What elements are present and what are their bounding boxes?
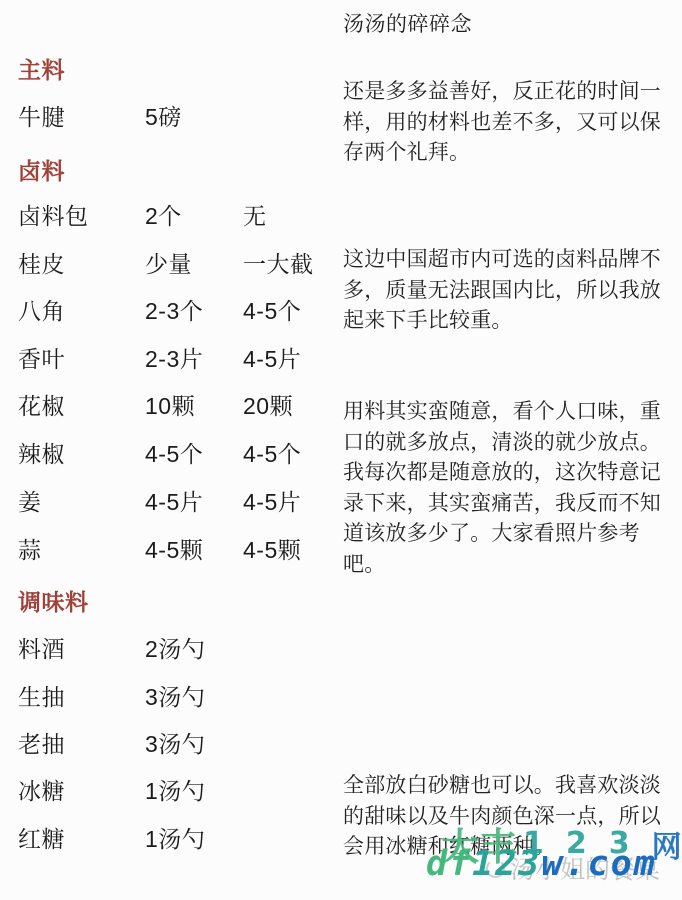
watermark-line2-prefix: df <box>426 844 472 884</box>
ingredient-name: 老抽 <box>18 726 65 759</box>
ingredient-name: 桂皮 <box>18 246 65 279</box>
ingredient-name: 蒜 <box>18 532 42 565</box>
table-row-star-anise: 八角2-3个4-5个 <box>0 293 345 325</box>
ingredient-name: 香叶 <box>18 341 65 374</box>
table-row-cooking-wine: 料酒2汤勺 <box>0 631 345 663</box>
ingredient-name: 红糖 <box>18 821 65 854</box>
ingredient-name: 牛腱 <box>18 99 65 132</box>
ingredient-qty2: 无 <box>243 198 267 231</box>
ingredient-qty1: 5磅 <box>145 99 182 132</box>
ingredient-qty1: 2-3片 <box>145 341 203 374</box>
recipe-page: 主料 牛腱5磅 卤料 卤料包2个无 桂皮少量一大截 八角2-3个4-5个 香叶2… <box>0 0 682 900</box>
notes-column-title: 汤汤的碎碎念 <box>343 8 472 38</box>
ingredient-name: 生抽 <box>18 679 65 712</box>
table-row-spice-pack: 卤料包2个无 <box>0 198 345 230</box>
table-row-dark-soy: 老抽3汤勺 <box>0 726 345 758</box>
ingredient-qty1: 2-3个 <box>145 293 203 326</box>
ingredient-qty1: 1汤勺 <box>145 821 205 854</box>
section-header-main: 主料 <box>0 52 345 84</box>
table-row-light-soy: 生抽3汤勺 <box>0 679 345 711</box>
table-row-beef-shank: 牛腱5磅 <box>0 99 345 131</box>
section-header-seasoning: 调味料 <box>0 584 345 616</box>
note-paragraph-braising: 这边中国超市内可选的卤料品牌不多，质量无法跟国内比，所以我放起来下手比较重。 <box>343 245 680 337</box>
note-paragraph-amounts: 用料其实蛮随意，看个人口味，重口的就多放点，清淡的就少放点。我每次都是随意放的，… <box>343 397 680 580</box>
table-row-ginger: 姜4-5片4-5片 <box>0 484 345 516</box>
ingredient-name: 八角 <box>18 293 65 326</box>
table-row-rock-sugar: 冰糖1汤勺 <box>0 773 345 805</box>
table-row-chili: 辣椒4-5个4-5个 <box>0 436 345 468</box>
watermark-line2-suffix: w.com <box>541 844 656 884</box>
table-row-bay-leaf: 香叶2-3片4-5片 <box>0 341 345 373</box>
ingredient-qty2: 4-5个 <box>243 293 301 326</box>
ingredient-qty1: 4-5颗 <box>145 532 203 565</box>
ingredient-qty1: 10颗 <box>145 388 195 421</box>
ingredient-name: 辣椒 <box>18 436 65 469</box>
watermark-line2: df123w.com <box>426 844 657 884</box>
note-paragraph-main: 还是多多益善好，反正花的时间一样，用的材料也差不多，又可以保存两个礼拜。 <box>343 77 680 169</box>
section-title: 卤料 <box>18 153 65 186</box>
ingredient-name: 料酒 <box>18 631 65 664</box>
table-row-garlic: 蒜4-5颗4-5颗 <box>0 532 345 564</box>
ingredient-name: 卤料包 <box>18 198 89 231</box>
ingredient-qty2: 4-5片 <box>243 484 301 517</box>
ingredient-qty1: 少量 <box>145 246 192 279</box>
section-header-braising: 卤料 <box>0 153 345 185</box>
table-row-brown-sugar: 红糖1汤勺 <box>0 821 345 853</box>
ingredient-qty1: 2个 <box>145 198 182 231</box>
table-row-sichuan-pepper: 花椒10颗20颗 <box>0 388 345 420</box>
ingredient-qty2: 4-5颗 <box>243 532 301 565</box>
ingredient-name: 冰糖 <box>18 773 65 806</box>
table-row-cinnamon: 桂皮少量一大截 <box>0 246 345 278</box>
ingredient-qty1: 4-5片 <box>145 484 203 517</box>
ingredient-qty2: 20颗 <box>243 388 293 421</box>
ingredient-qty1: 4-5个 <box>145 436 203 469</box>
ingredient-qty1: 3汤勺 <box>145 726 205 759</box>
section-title: 主料 <box>18 52 65 85</box>
section-title: 调味料 <box>18 584 89 617</box>
ingredient-qty1: 1汤勺 <box>145 773 205 806</box>
ingredient-qty1: 3汤勺 <box>145 679 205 712</box>
watermark-line2-digits: 123 <box>472 844 541 884</box>
ingredient-qty1: 2汤勺 <box>145 631 205 664</box>
ingredient-qty2: 一大截 <box>243 246 314 279</box>
ingredient-qty2: 4-5个 <box>243 436 301 469</box>
ingredient-name: 花椒 <box>18 388 65 421</box>
ingredient-qty2: 4-5片 <box>243 341 301 374</box>
ingredient-name: 姜 <box>18 484 42 517</box>
